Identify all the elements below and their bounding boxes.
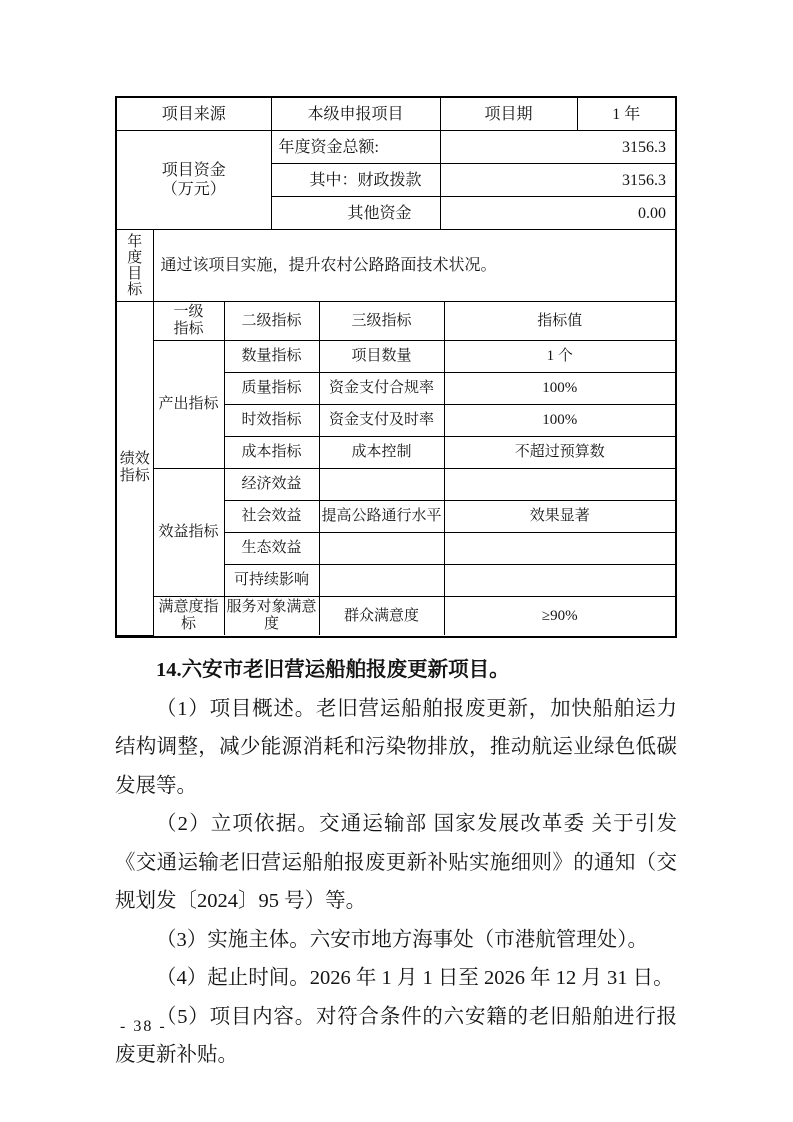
indicator-level3: 成本控制 — [319, 437, 444, 469]
funding-fiscal-label: 其中：财政拨款 — [271, 164, 440, 197]
table-row: 项目来源 本级申报项目 项目期 1 年 — [117, 98, 675, 131]
table-row: 效益指标 经济效益 — [117, 469, 675, 501]
indicator-value: ≥90% — [444, 597, 675, 636]
page-number: - 38 - — [120, 1018, 167, 1036]
indicator-value: 100% — [444, 405, 675, 437]
funding-fiscal-value: 3156.3 — [440, 164, 675, 197]
project-budget-table: 项目来源 本级申报项目 项目期 1 年 项目资金 （万元） 年度资金总额: 31… — [115, 96, 677, 638]
paragraph-implementer: （3）实施主体。六安市地方海事处（市港航管理处）。 — [115, 921, 677, 960]
indicator-value: 效果显著 — [444, 501, 675, 533]
indicator-level3 — [319, 565, 444, 597]
indicator-value — [444, 565, 675, 597]
indicator-value: 不超过预算数 — [444, 437, 675, 469]
page-content: 项目来源 本级申报项目 项目期 1 年 项目资金 （万元） 年度资金总额: 31… — [115, 96, 677, 1075]
indicator-level2: 时效指标 — [224, 405, 319, 437]
indicator-level2: 服务对象满意度 — [224, 597, 319, 636]
performance-label: 绩效指标 — [117, 302, 153, 635]
group-output-label: 产出指标 — [153, 341, 224, 469]
indicator-value — [444, 469, 675, 501]
paragraph-overview: （1）项目概述。老旧营运船舶报废更新，加快船舶运力结构调整，减少能源消耗和污染物… — [115, 690, 677, 806]
group-satisfaction-label: 满意度指标 — [153, 597, 224, 636]
indicator-level2: 数量指标 — [224, 341, 319, 373]
table-row: 产出指标 数量指标 项目数量 1 个 — [117, 341, 675, 373]
funding-other-label: 其他资金 — [271, 197, 440, 230]
table-row: 满意度指标 服务对象满意度 群众满意度 ≥90% — [117, 597, 675, 636]
indicator-level2: 经济效益 — [224, 469, 319, 501]
paragraph-content: （5）项目内容。对符合条件的六安籍的老旧船舶进行报废更新补贴。 — [115, 998, 677, 1075]
header-value: 指标值 — [444, 302, 675, 341]
project-period-value: 1 年 — [577, 98, 675, 131]
indicator-value — [444, 533, 675, 565]
indicator-level2: 社会效益 — [224, 501, 319, 533]
indicator-level3: 项目数量 — [319, 341, 444, 373]
project-info-table: 项目来源 本级申报项目 项目期 1 年 项目资金 （万元） 年度资金总额: 31… — [117, 98, 675, 230]
indicator-level2: 成本指标 — [224, 437, 319, 469]
annual-goal-text: 通过该项目实施，提升农村公路路面技术状况。 — [153, 230, 675, 302]
paragraph-basis: （2）立项依据。交通运输部 国家发展改革委 关于引发《交通运输老旧营运船舶报废更… — [115, 805, 677, 921]
funding-total-value: 3156.3 — [440, 131, 675, 164]
indicator-level3 — [319, 469, 444, 501]
indicator-level2: 质量指标 — [224, 373, 319, 405]
project-source-label: 项目来源 — [117, 98, 271, 131]
project-source-value: 本级申报项目 — [271, 98, 440, 131]
indicator-value: 1 个 — [444, 341, 675, 373]
indicator-level2: 可持续影响 — [224, 565, 319, 597]
annual-goal-table: 年度目标 通过该项目实施，提升农村公路路面技术状况。 — [117, 230, 675, 302]
performance-indicator-table: 绩效指标 一级 指标 二级指标 三级指标 指标值 产出指标 数量指标 项目数量 … — [117, 302, 675, 636]
funding-label: 项目资金 （万元） — [117, 131, 271, 230]
indicator-level3: 资金支付合规率 — [319, 373, 444, 405]
section-heading: 14.六安市老旧营运船舶报废更新项目。 — [115, 651, 677, 690]
table-row: 项目资金 （万元） 年度资金总额: 3156.3 — [117, 131, 675, 164]
paragraph-timespan: （4）起止时间。2026 年 1 月 1 日至 2026 年 12 月 31 日… — [115, 959, 677, 998]
indicator-level3: 资金支付及时率 — [319, 405, 444, 437]
header-level2: 二级指标 — [224, 302, 319, 341]
document-page: 项目来源 本级申报项目 项目期 1 年 项目资金 （万元） 年度资金总额: 31… — [0, 0, 793, 1122]
funding-total-label: 年度资金总额: — [271, 131, 440, 164]
project-period-label: 项目期 — [440, 98, 577, 131]
header-level3: 三级指标 — [319, 302, 444, 341]
group-benefit-label: 效益指标 — [153, 469, 224, 597]
table-row: 年度目标 通过该项目实施，提升农村公路路面技术状况。 — [117, 230, 675, 302]
indicator-level3: 群众满意度 — [319, 597, 444, 636]
indicator-level3 — [319, 533, 444, 565]
indicator-level3: 提高公路通行水平 — [319, 501, 444, 533]
funding-other-value: 0.00 — [440, 197, 675, 230]
indicator-value: 100% — [444, 373, 675, 405]
annual-goal-label: 年度目标 — [117, 230, 153, 302]
table-row: 绩效指标 一级 指标 二级指标 三级指标 指标值 — [117, 302, 675, 341]
indicator-level2: 生态效益 — [224, 533, 319, 565]
header-level1: 一级 指标 — [153, 302, 224, 341]
